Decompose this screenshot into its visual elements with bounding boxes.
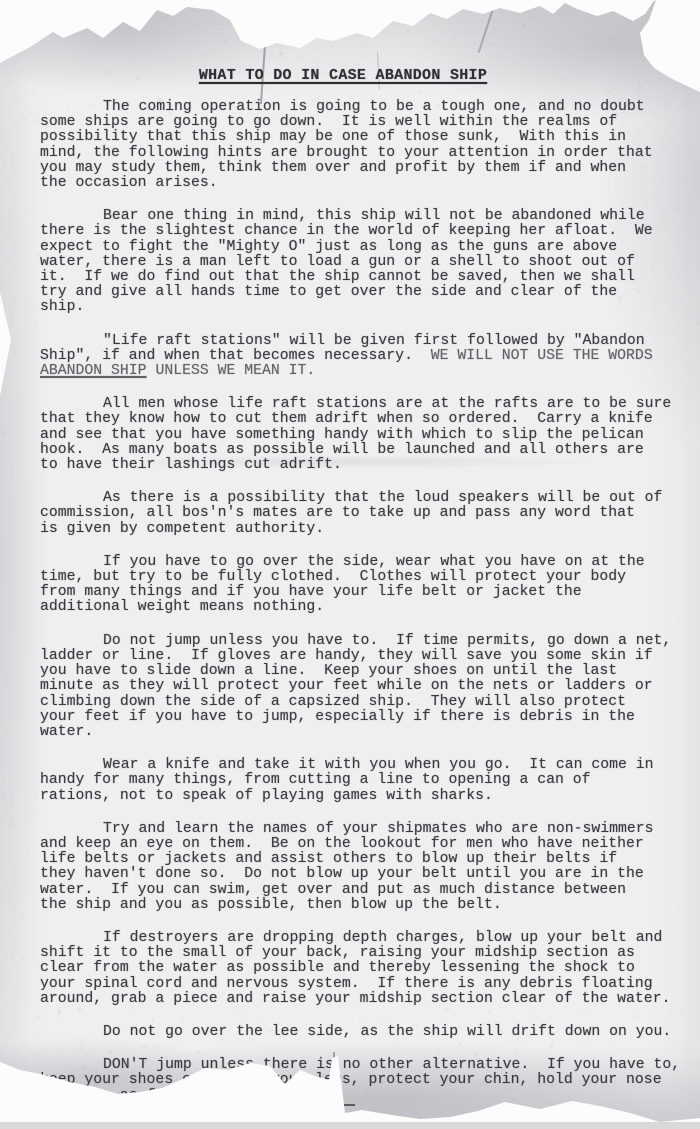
text-segment: If you have to go over the side, wear wh… bbox=[40, 554, 645, 616]
document-content: WHAT TO DO IN CASE ABANDON SHIP The comi… bbox=[0, 0, 700, 1129]
paragraph: Bear one thing in mind, this ship will n… bbox=[40, 209, 682, 315]
text-segment: WE WILL NOT USE THE WORDS bbox=[431, 348, 653, 364]
paragraph: As there is a possibility that the loud … bbox=[40, 491, 682, 537]
paragraph: "Life raft stations" will be given first… bbox=[40, 334, 682, 380]
text-segment: If destroyers are dropping depth charges… bbox=[40, 930, 670, 1007]
paragraph: If you have to go over the side, wear wh… bbox=[40, 555, 682, 616]
document-body: The coming operation is going to be a to… bbox=[40, 100, 682, 1104]
paragraph: The coming operation is going to be a to… bbox=[40, 100, 682, 191]
underlined-text: ABANDON SHIP bbox=[40, 363, 147, 379]
scan-edge-strip bbox=[0, 1122, 700, 1129]
text-segment: All men whose life raft stations are at … bbox=[40, 396, 671, 473]
paragraph: Wear a knife and take it with you when y… bbox=[40, 758, 682, 804]
paragraph: Do not jump unless you have to. If time … bbox=[40, 634, 682, 740]
paragraph: DON'T jump unless there is no other alte… bbox=[40, 1058, 682, 1104]
text-segment: Bear one thing in mind, this ship will n… bbox=[40, 208, 653, 315]
text-segment: DON'T jump unless there is no other alte… bbox=[40, 1057, 680, 1103]
paragraph: All men whose life raft stations are at … bbox=[40, 397, 682, 473]
paragraph: If destroyers are dropping depth charges… bbox=[40, 931, 682, 1007]
paragraph: Try and learn the names of your shipmate… bbox=[40, 822, 682, 913]
paragraph: Do not go over the lee side, as the ship… bbox=[40, 1025, 682, 1040]
paper-crack bbox=[333, 1052, 335, 1110]
scanned-page: WHAT TO DO IN CASE ABANDON SHIP The comi… bbox=[0, 0, 700, 1129]
text-segment: The coming operation is going to be a to… bbox=[40, 99, 653, 191]
text-segment: As there is a possibility that the loud … bbox=[40, 490, 662, 536]
text-segment: Do not jump unless you have to. If time … bbox=[40, 633, 671, 740]
text-segment: UNLESS WE MEAN IT. bbox=[147, 363, 316, 379]
text-segment: Try and learn the names of your shipmate… bbox=[40, 821, 654, 913]
text-segment: Wear a knife and take it with you when y… bbox=[40, 757, 654, 803]
document-title: WHAT TO DO IN CASE ABANDON SHIP bbox=[40, 68, 646, 84]
text-segment: Do not go over the lee side, as the ship… bbox=[103, 1024, 671, 1040]
